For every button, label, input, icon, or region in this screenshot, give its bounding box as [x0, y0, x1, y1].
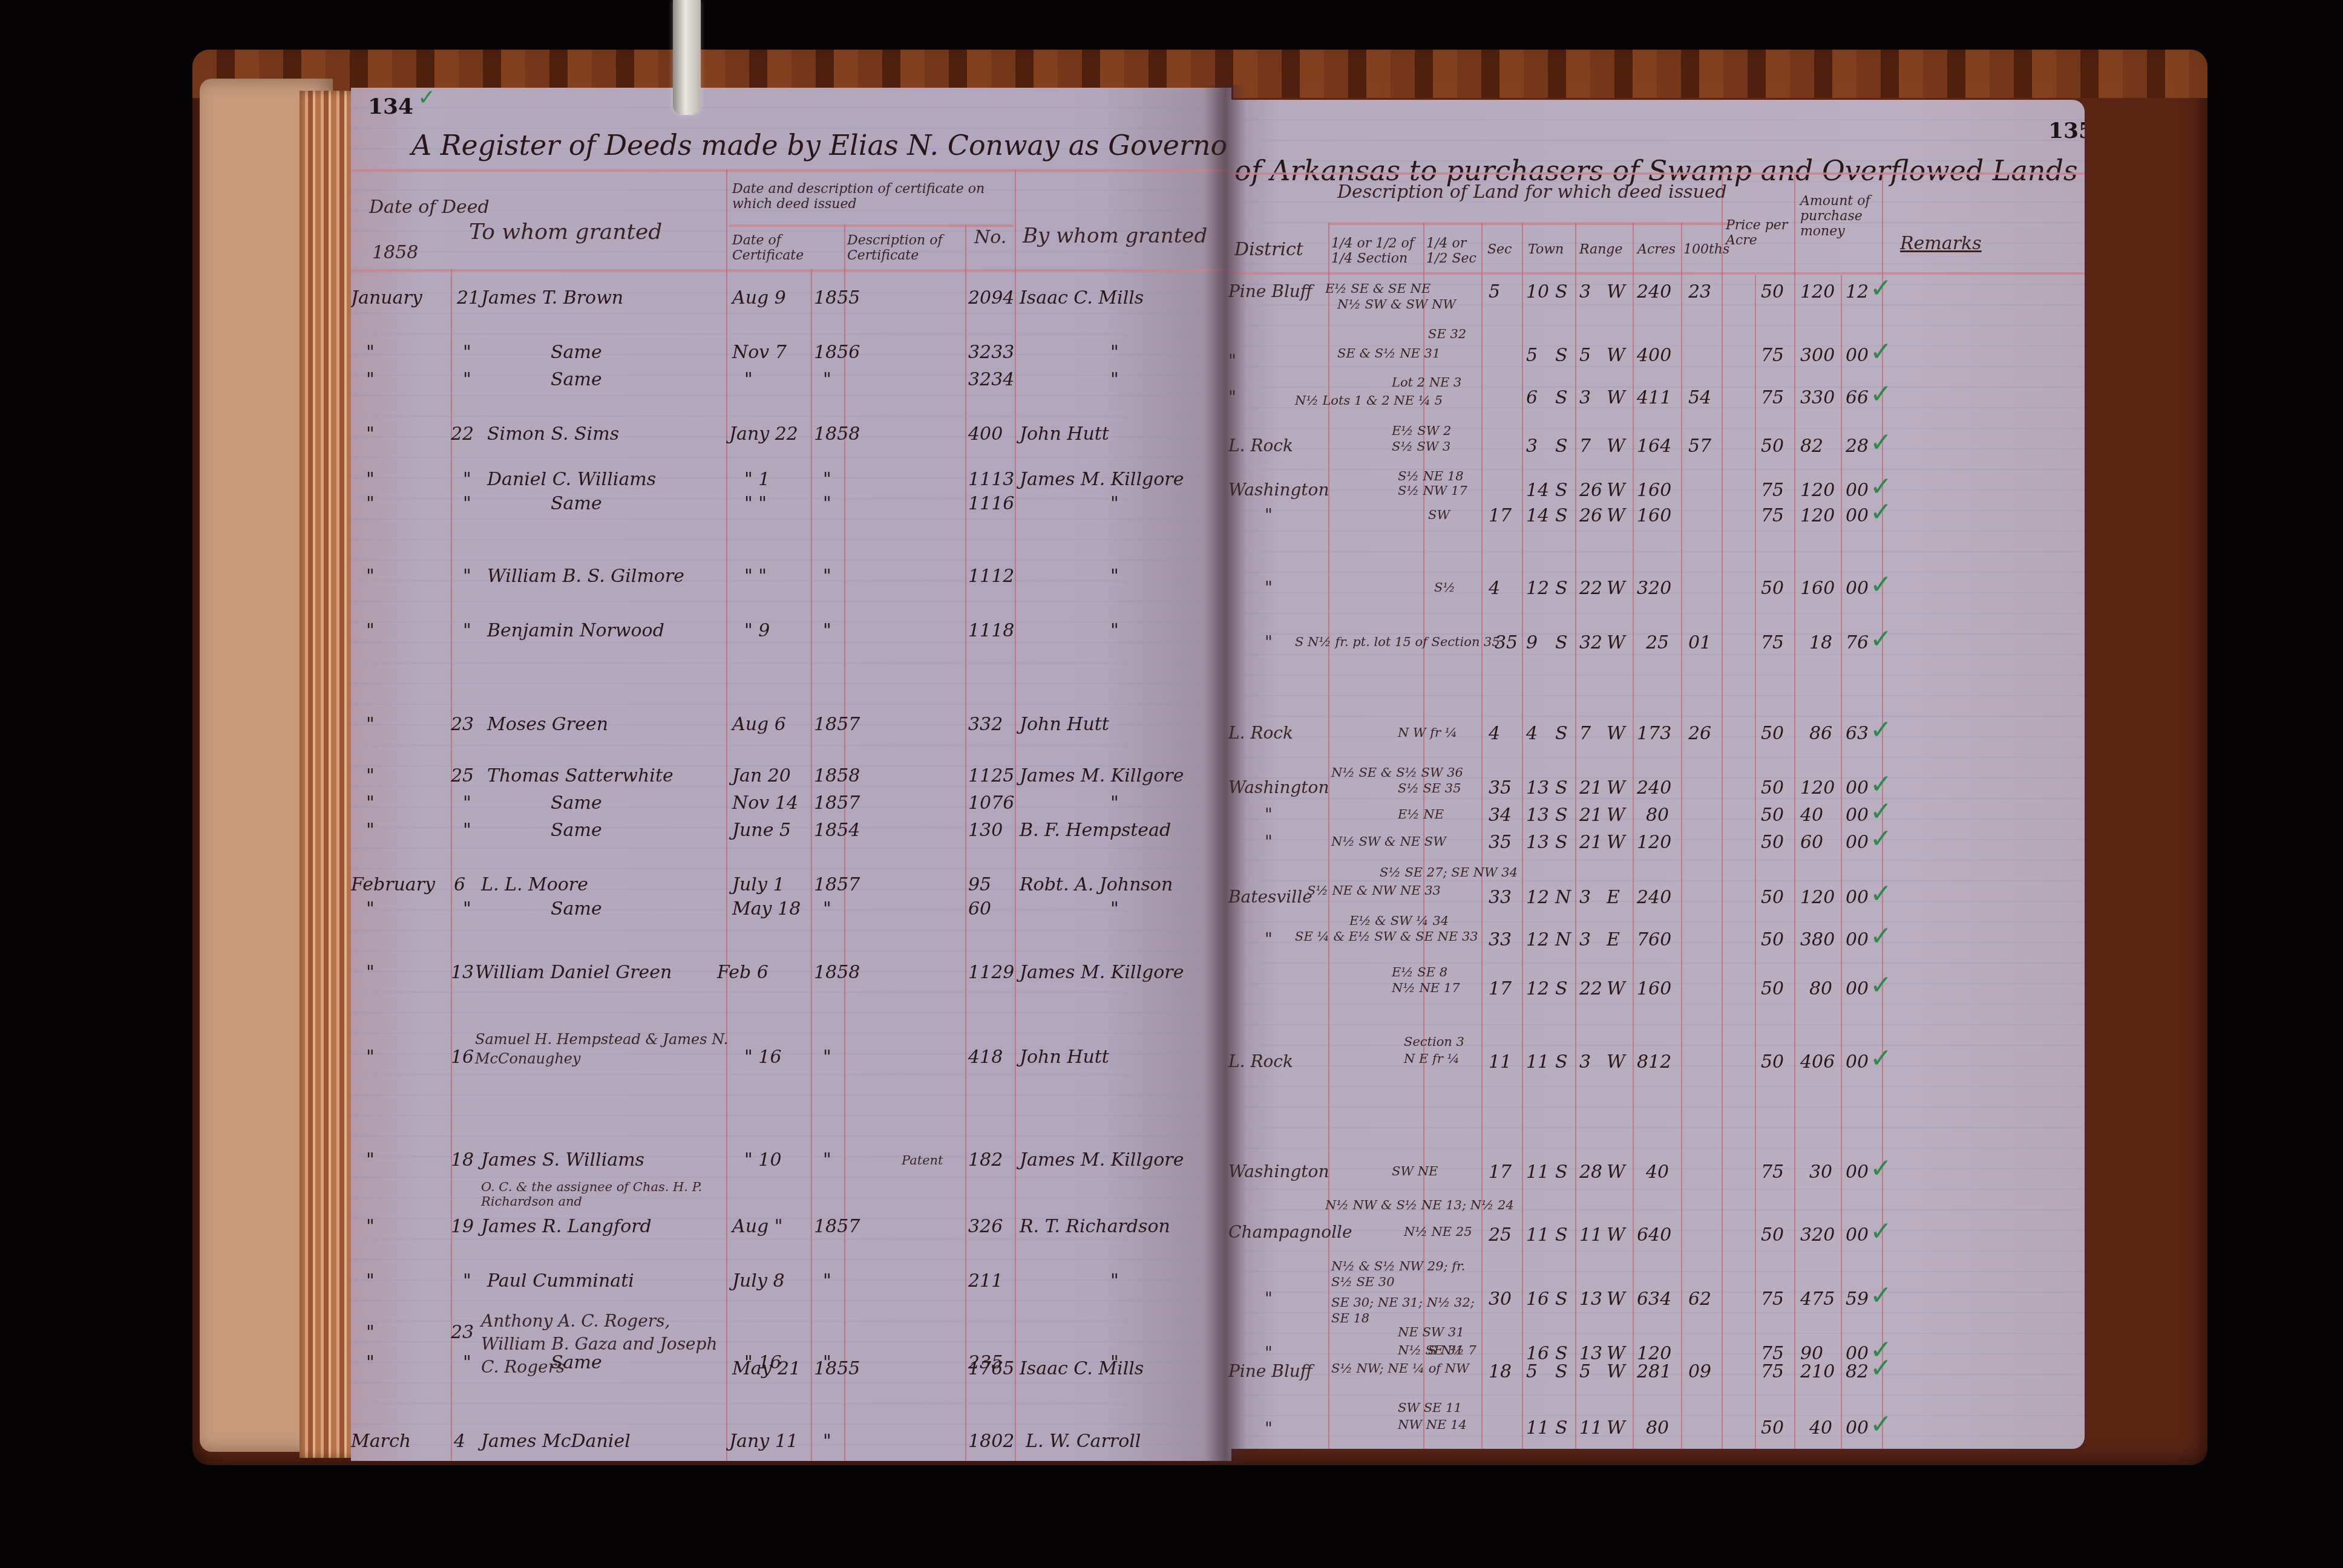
row-hundredths: 23 — [1688, 281, 1711, 302]
row-range-dir: E — [1607, 929, 1620, 950]
check-mark-icon: ✓ — [1870, 569, 1892, 600]
ledger-row: January 21 James T. Brown Aug 9 1855 209… — [351, 287, 1231, 312]
row-cents: 63 — [1846, 723, 1869, 744]
row-amount: 40 — [1800, 805, 1823, 826]
row-price: 50 — [1761, 1051, 1784, 1073]
row-day: 23 — [451, 1322, 474, 1343]
row-sec: 17 — [1489, 978, 1512, 999]
row-cert-date: Jany 22 — [729, 423, 798, 445]
row-cert-date: " " — [744, 493, 767, 514]
row-amount: 380 — [1800, 929, 1835, 950]
row-cents: 00 — [1846, 805, 1869, 826]
ledger-row: " 13 William Daniel Green Feb 6 1858 112… — [351, 962, 1231, 986]
row-range: 26 — [1579, 480, 1602, 501]
row-day: " — [463, 493, 471, 514]
row-cert-date: " 9 — [744, 620, 770, 641]
row-town: 11 — [1526, 1224, 1549, 1246]
row-acres: 80 — [1646, 1417, 1669, 1439]
ledger-row: " " Same " " " 1116 " — [351, 493, 1231, 517]
row-acres: 281 — [1637, 1361, 1671, 1382]
row-amount: 86 — [1809, 723, 1832, 744]
row-town: 12 — [1526, 578, 1549, 599]
row-cert-year: 1855 — [814, 287, 860, 309]
row-by-whom: " — [1110, 898, 1119, 920]
ledger-row: " " Paul Cumminati July 8 " 211 " — [351, 1270, 1231, 1295]
row-land-desc-2: S½ SW 3 — [1392, 439, 1450, 454]
row-cert-date: Aug 6 — [732, 714, 786, 735]
row-town: 13 — [1526, 805, 1549, 826]
ledger-row: " 23 Anthony A. C. Rogers, William B. Ga… — [351, 1322, 1231, 1394]
ledger-row: " 18 James S. Williams " 10 " Patent 182… — [351, 1149, 1231, 1174]
row-land-desc-1: E½ SE 8 — [1392, 965, 1447, 979]
row-land-desc-1: SE 32 — [1428, 327, 1466, 341]
row-cert-date: Nov 7 — [732, 342, 787, 363]
row-town: 14 — [1526, 480, 1549, 501]
row-acres: 80 — [1646, 805, 1669, 826]
row-sec: 33 — [1489, 887, 1512, 908]
row-range: 3 — [1579, 387, 1591, 408]
check-mark-icon: ✓ — [1870, 878, 1892, 909]
row-range-dir: W — [1607, 480, 1625, 501]
ledger-row: " Lot 2 NE 3 N½ Lots 1 & 2 NE ¼ 5 6 S 3 … — [1228, 375, 2085, 417]
row-acres: 760 — [1637, 929, 1671, 950]
row-grantee: Thomas Satterwhite — [487, 765, 673, 786]
row-grantee: William B. S. Gilmore — [487, 566, 684, 587]
row-acres: 25 — [1646, 632, 1669, 653]
row-sec: 17 — [1489, 1161, 1512, 1183]
row-grantee: Moses Green — [487, 714, 608, 735]
row-number: 3233 — [968, 342, 1014, 363]
row-land-desc-2: N E fr ¼ — [1404, 1051, 1460, 1066]
row-town: 5 — [1526, 1361, 1538, 1382]
row-cert-date: " 1 — [744, 469, 770, 490]
row-cert-year: 1857 — [814, 792, 860, 814]
row-day: " — [463, 369, 471, 390]
row-day: 18 — [451, 1149, 474, 1171]
book-gutter — [1204, 85, 1247, 1464]
row-day: 6 — [454, 874, 465, 895]
row-grantee: Benjamin Norwood — [487, 620, 664, 641]
ledger-row: " 22 Simon S. Sims Jany 22 1858 400 John… — [351, 423, 1231, 448]
row-number: 95 — [968, 874, 991, 895]
row-number: 60 — [968, 898, 991, 920]
row-town: 12 — [1526, 887, 1549, 908]
row-range: 11 — [1579, 1417, 1602, 1439]
row-amount: 82 — [1800, 436, 1823, 457]
row-range: 3 — [1579, 281, 1591, 302]
row-land-desc-1: E½ SW 2 — [1392, 423, 1451, 438]
row-day: " — [463, 792, 471, 814]
check-mark-icon: ✓ — [1870, 769, 1892, 800]
left-page-number: 134 — [368, 94, 413, 119]
row-town-dir: S — [1555, 480, 1568, 501]
row-by-whom: L. W. Carroll — [1026, 1431, 1141, 1452]
row-range-dir: W — [1607, 436, 1625, 457]
row-by-whom: " — [1110, 342, 1119, 363]
row-hundredths: 57 — [1688, 436, 1711, 457]
row-price: 50 — [1761, 723, 1784, 744]
row-range: 21 — [1579, 805, 1602, 826]
row-cents: 00 — [1846, 1417, 1869, 1439]
row-land-desc-1: S½ NE 18 — [1398, 469, 1464, 483]
row-cert-year: " — [823, 369, 831, 390]
row-town-dir: S — [1555, 978, 1568, 999]
row-month: " — [366, 493, 375, 514]
row-cents: 00 — [1846, 1051, 1869, 1073]
check-mark-icon: ✓ — [1870, 1216, 1892, 1247]
check-mark-icon: ✓ — [1870, 1280, 1892, 1311]
row-amount: 120 — [1800, 777, 1835, 799]
row-land-desc-1: SW NE — [1392, 1164, 1438, 1178]
row-price: 50 — [1761, 436, 1784, 457]
ledger-row: " S N½ fr. pt. lot 15 of Section 35 35 9… — [1228, 632, 2085, 656]
row-town: 4 — [1526, 723, 1538, 744]
row-town-dir: S — [1555, 777, 1568, 799]
row-sec: 17 — [1489, 505, 1512, 526]
check-mark-icon: ✓ — [1870, 273, 1892, 304]
row-cert-year: " — [823, 620, 831, 641]
row-acres: 120 — [1637, 832, 1671, 853]
row-land-desc-2: S½ NE & NW NE 33 — [1307, 883, 1441, 898]
check-mark-icon: ✓ — [1870, 796, 1892, 827]
row-hundredths: 26 — [1688, 723, 1711, 744]
row-cents: 00 — [1846, 345, 1869, 366]
row-by-whom: James M. Killgore — [1020, 1149, 1184, 1171]
row-month: " — [366, 342, 375, 363]
row-number: 2094 — [968, 287, 1014, 309]
row-range-dir: W — [1607, 1417, 1625, 1439]
row-cert-year: " — [823, 1270, 831, 1292]
row-town-dir: S — [1555, 1289, 1568, 1310]
row-cert-year: 1857 — [814, 1216, 860, 1237]
ledger-row: " N½ SW & NE SW 35 13 S 21 W 120 50 60 0… — [1228, 832, 2085, 856]
row-cert-date: May 18 — [732, 898, 801, 920]
row-grantee: James T. Brown — [481, 287, 623, 309]
row-cert-year: " — [823, 566, 831, 587]
row-town-dir: S — [1555, 345, 1568, 366]
row-acres: 634 — [1637, 1289, 1671, 1310]
row-day: " — [463, 566, 471, 587]
row-town: 11 — [1526, 1051, 1549, 1073]
row-sec: 35 — [1489, 777, 1512, 799]
row-month: " — [366, 792, 375, 814]
row-town-dir: S — [1555, 281, 1568, 302]
header-year: 1858 — [372, 242, 418, 263]
ledger-row: " E½ NE 34 13 S 21 W 80 50 40 00 ✓ — [1228, 805, 2085, 829]
row-grantee: Daniel C. Williams — [487, 469, 656, 490]
row-sec: 35 — [1495, 632, 1518, 653]
row-cert-year: 1857 — [814, 874, 860, 895]
check-mark-icon: ✓ — [1870, 624, 1892, 655]
header-date-of-deed: Date of Deed — [369, 197, 490, 218]
row-range-dir: W — [1607, 632, 1625, 653]
row-land-desc-1: N½ SE & S½ SW 36 — [1331, 765, 1463, 780]
row-month: " — [366, 1322, 375, 1343]
check-mark-icon: ✓ — [1870, 379, 1892, 410]
row-range: 32 — [1579, 632, 1602, 653]
row-district: " — [1265, 1419, 1273, 1439]
row-month: " — [366, 1149, 375, 1171]
row-land-desc-2: N½ NE 25 — [1404, 1224, 1472, 1239]
row-number: 332 — [968, 714, 1003, 735]
row-by-whom: Isaac C. Mills — [1020, 287, 1144, 309]
ledger-row: Washington N½ SE & S½ SW 36 S½ SE 35 35 … — [1228, 765, 2085, 808]
row-price: 50 — [1761, 281, 1784, 302]
row-grantee: Simon S. Sims — [487, 423, 619, 445]
row-sec: 4 — [1489, 723, 1500, 744]
check-mark-icon: ✓ — [1870, 970, 1892, 1001]
row-by-whom: " — [1110, 620, 1119, 641]
row-amount: 80 — [1809, 978, 1832, 999]
row-day: " — [463, 1270, 471, 1292]
ledger-row: " E½ & SW ¼ 34 SE ¼ & E½ SW & SE NE 33 3… — [1228, 913, 2085, 950]
row-land-desc-2: N½ Lots 1 & 2 NE ¼ 5 — [1295, 393, 1443, 408]
row-month: " — [366, 469, 375, 490]
row-acres: 160 — [1637, 480, 1671, 501]
row-range: 5 — [1579, 345, 1591, 366]
row-district: " — [1265, 632, 1273, 652]
row-range-dir: W — [1607, 505, 1625, 526]
row-cents: 00 — [1846, 978, 1869, 999]
row-cents: 76 — [1846, 632, 1869, 653]
row-cert-date: " — [744, 369, 753, 390]
row-by-whom: John Hutt — [1020, 423, 1109, 445]
row-district: " — [1265, 578, 1273, 598]
row-price: 50 — [1761, 887, 1784, 908]
ledger-row: " " William B. S. Gilmore " " " 1112 " — [351, 566, 1231, 590]
row-cert-date: Aug " — [732, 1216, 783, 1237]
row-cents: 59 — [1846, 1289, 1869, 1310]
row-sec: 25 — [1489, 1224, 1512, 1246]
check-mark-icon: ✓ — [1870, 1409, 1892, 1440]
header-to-whom-granted: To whom granted — [469, 220, 662, 244]
row-town-dir: S — [1555, 1417, 1568, 1439]
check-mark-icon: ✓ — [1870, 427, 1892, 458]
row-amount: 30 — [1809, 1161, 1832, 1183]
row-cert-desc: Patent — [902, 1153, 943, 1168]
row-land-desc-2: SE ¼ & E½ SW & SE NE 33 — [1295, 929, 1478, 944]
row-amount: 40 — [1809, 1417, 1832, 1439]
row-month: " — [366, 714, 375, 735]
row-range: 21 — [1579, 777, 1602, 799]
ledger-row: " " Daniel C. Williams " 1 " 1113 James … — [351, 469, 1231, 493]
check-mark-icon: ✓ — [1870, 1043, 1892, 1074]
row-cert-year: 1855 — [814, 1358, 860, 1379]
row-cents: 12 — [1846, 281, 1869, 302]
row-price: 75 — [1761, 345, 1784, 366]
title-rule — [351, 169, 1231, 172]
row-acres: 400 — [1637, 345, 1671, 366]
row-land-desc-1: SW — [1428, 508, 1450, 522]
row-town: 3 — [1526, 436, 1538, 457]
ledger-row: L. Rock N W fr ¼ 4 4 S 7 W 173 26 50 86 … — [1228, 723, 2085, 747]
row-town-dir: N — [1555, 887, 1571, 908]
row-range-dir: W — [1607, 387, 1625, 408]
row-cents: 66 — [1846, 387, 1869, 408]
row-month: " — [366, 1047, 375, 1068]
row-by-whom: James M. Killgore — [1020, 469, 1184, 490]
row-sec: 18 — [1489, 1361, 1512, 1382]
row-price: 75 — [1761, 480, 1784, 501]
row-day: " — [463, 820, 471, 841]
row-cents: 00 — [1846, 480, 1869, 501]
row-by-whom: John Hutt — [1020, 1047, 1109, 1068]
row-town-dir: S — [1555, 1051, 1568, 1073]
row-month: February — [351, 874, 435, 895]
row-amount: 120 — [1800, 505, 1835, 526]
row-town-dir: S — [1555, 578, 1568, 599]
row-amount: 475 — [1800, 1289, 1835, 1310]
row-sec: 33 — [1489, 929, 1512, 950]
row-range-dir: W — [1607, 805, 1625, 826]
row-month: January — [351, 287, 422, 309]
row-land-desc-1: N½ SW & NE SW — [1331, 834, 1446, 849]
row-day: " — [463, 898, 471, 920]
row-by-whom: John Hutt — [1020, 714, 1109, 735]
certificate-group-rule — [729, 224, 1014, 227]
row-acres: 411 — [1637, 387, 1671, 408]
row-day: " — [463, 342, 471, 363]
check-mark-icon: ✓ — [1870, 1353, 1892, 1383]
header-certificate-group: Date and description of certificate on w… — [732, 181, 1011, 212]
ledger-row: " 25 Thomas Satterwhite Jan 20 1858 1125… — [351, 765, 1231, 789]
row-day: 21 — [457, 287, 480, 309]
header-number: No. — [974, 227, 1006, 248]
row-range: 7 — [1579, 436, 1591, 457]
row-grantee: William Daniel Green — [475, 962, 672, 983]
row-price: 50 — [1761, 1417, 1784, 1439]
row-range-dir: W — [1607, 281, 1625, 302]
row-price: 50 — [1761, 777, 1784, 799]
row-acres: 240 — [1637, 887, 1671, 908]
left-page: 134 ✓ A Register of Deeds made by Elias … — [351, 88, 1231, 1461]
row-cents: 28 — [1846, 436, 1869, 457]
row-acres: 640 — [1637, 1224, 1671, 1246]
row-town: 16 — [1526, 1289, 1549, 1310]
ledger-row: March 4 James McDaniel Jany 11 " 1802 L.… — [351, 1431, 1231, 1455]
row-land-desc-2: NW NE 14 — [1398, 1417, 1467, 1432]
row-grantee-note: O. C. & the assignee of Chas. H. P. Rich… — [481, 1180, 723, 1209]
row-day: 22 — [451, 423, 474, 445]
row-grantee: James S. Williams — [481, 1149, 644, 1171]
row-acres: 240 — [1637, 281, 1671, 302]
row-town: 13 — [1526, 832, 1549, 853]
row-range-dir: W — [1607, 978, 1625, 999]
row-acres: 164 — [1637, 436, 1671, 457]
row-amount: 120 — [1800, 887, 1835, 908]
row-district: " — [1265, 832, 1273, 852]
row-cert-year: 1857 — [814, 714, 860, 735]
ledger-row: February 6 L. L. Moore July 1 1857 95 Ro… — [351, 874, 1231, 898]
row-amount: 320 — [1800, 1224, 1835, 1246]
row-range-dir: W — [1607, 1161, 1625, 1183]
row-district: Champagnolle — [1228, 1222, 1352, 1242]
row-grantee: L. L. Moore — [481, 874, 588, 895]
row-grantee: Same — [551, 898, 602, 920]
row-town: 6 — [1526, 387, 1538, 408]
row-cert-date: Nov 14 — [732, 792, 798, 814]
row-number: 130 — [968, 820, 1003, 841]
row-cert-date: " 16 — [744, 1047, 782, 1068]
row-acres: 160 — [1637, 978, 1671, 999]
row-range-dir: E — [1607, 887, 1620, 908]
row-land-desc-2: N½ SW & SW NW — [1337, 297, 1456, 312]
row-day: 16 — [451, 1047, 474, 1068]
row-range-dir: W — [1607, 777, 1625, 799]
row-by-whom: James M. Killgore — [1020, 962, 1184, 983]
row-cert-year: 1858 — [814, 765, 860, 786]
row-number: 1113 — [968, 469, 1014, 490]
row-cert-date: " 10 — [744, 1149, 782, 1171]
page-edge-stack — [300, 91, 357, 1458]
row-cert-year: 1858 — [814, 423, 860, 445]
row-town-dir: S — [1555, 832, 1568, 853]
check-mark-icon: ✓ — [1870, 921, 1892, 952]
row-land-desc-1: N½ NW & S½ NE 13; N½ 24 — [1325, 1198, 1514, 1212]
row-amount: 210 — [1800, 1361, 1835, 1382]
row-district: " — [1265, 929, 1273, 949]
row-sec: 4 — [1489, 578, 1500, 599]
photo-background: 134 ✓ A Register of Deeds made by Elias … — [0, 0, 2343, 1568]
row-price: 75 — [1761, 1361, 1784, 1382]
row-month: " — [366, 1216, 375, 1237]
row-by-whom: " — [1110, 792, 1119, 814]
row-range: 3 — [1579, 1051, 1591, 1073]
row-by-whom: R. T. Richardson — [1020, 1216, 1170, 1237]
row-number: 3234 — [968, 369, 1014, 390]
row-town: 11 — [1526, 1417, 1549, 1439]
row-number: 1116 — [968, 493, 1014, 514]
row-cert-year: 1854 — [814, 820, 860, 841]
check-mark-icon: ✓ — [1870, 336, 1892, 367]
ledger-row: E½ SE 8 N½ NE 17 17 12 S 22 W 160 50 80 … — [1228, 965, 2085, 1001]
row-hundredths: 09 — [1688, 1361, 1711, 1382]
row-price: 50 — [1761, 978, 1784, 999]
row-grantee: Same — [551, 493, 602, 514]
row-month: " — [366, 423, 375, 445]
row-land-desc-1: S N½ 7 — [1428, 1343, 1476, 1357]
row-month: " — [366, 962, 375, 983]
row-number: 182 — [968, 1149, 1003, 1171]
row-month: " — [366, 369, 375, 390]
ledger-row: " SW 17 14 S 26 W 160 75 120 00 ✓ — [1228, 505, 2085, 529]
row-town: 9 — [1526, 632, 1538, 653]
ledger-row: " S½ 4 12 S 22 W 320 50 160 00 ✓ — [1228, 578, 2085, 602]
row-cert-date: Feb 6 — [717, 962, 768, 983]
row-day: 25 — [451, 765, 474, 786]
row-price: 50 — [1761, 832, 1784, 853]
row-land-desc-2: S½ NW; NE ¼ of NW — [1331, 1361, 1469, 1376]
row-land-desc-2: S½ SE 35 — [1398, 781, 1461, 795]
row-number: 1765 — [968, 1358, 1014, 1379]
row-day: 19 — [451, 1216, 474, 1237]
row-town: 12 — [1526, 978, 1549, 999]
row-cents: 00 — [1846, 505, 1869, 526]
row-grantee: Same — [551, 342, 602, 363]
row-number: 418 — [968, 1047, 1003, 1068]
page-check-mark-icon: ✓ — [418, 88, 436, 110]
row-range: 7 — [1579, 723, 1591, 744]
row-cert-date: Jan 20 — [732, 765, 791, 786]
row-number: 1125 — [968, 765, 1014, 786]
row-acres: 240 — [1637, 777, 1671, 799]
row-by-whom: Robt. A. Johnson — [1020, 874, 1173, 895]
row-grantee: Samuel H. Hempstead & James N. McConaugh… — [475, 1030, 729, 1068]
row-range: 28 — [1579, 1161, 1602, 1183]
row-sec: 30 — [1489, 1289, 1512, 1310]
row-town-dir: S — [1555, 1161, 1568, 1183]
row-land-desc-1: SW SE 11 — [1398, 1400, 1462, 1415]
